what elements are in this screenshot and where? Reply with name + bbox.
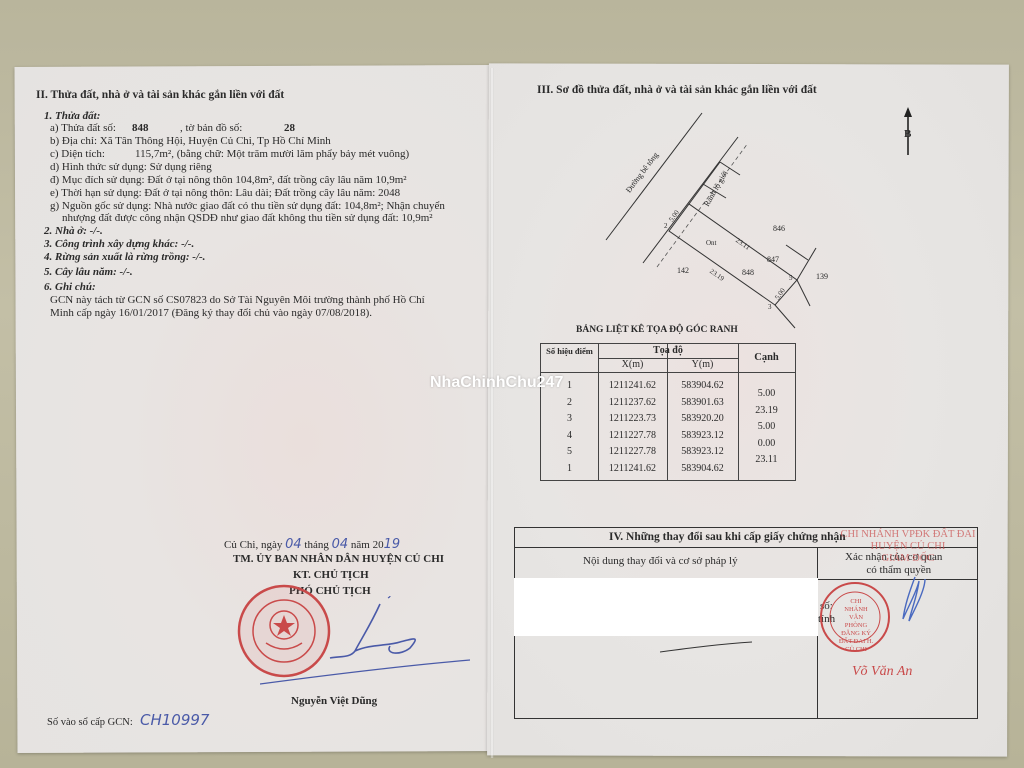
header-x: X(m) — [598, 359, 667, 370]
item-5-perennial-trees: 5. Cây lâu năm: -/-. — [44, 266, 133, 279]
row-y: 583904.62 — [667, 380, 738, 391]
pen-line-icon — [660, 640, 760, 654]
signer-name: Nguyễn Việt Dũng — [291, 695, 377, 708]
row-y: 583923.12 — [667, 430, 738, 441]
signing-month: 04 — [332, 537, 349, 552]
usage-purpose: đ) Mục đích sử dụng: Đất ở tại nông thôn… — [50, 174, 407, 187]
row-edge: 23.11 — [738, 454, 795, 465]
red-stamp-header: CHI NHÁNH VPĐK ĐẤT ĐAI HUYỆN CỦ CHI GIÁM… — [838, 529, 978, 565]
row-x: 1211237.62 — [598, 397, 667, 408]
area-label: c) Diện tích: — [50, 148, 105, 161]
parcel-846: 846 — [773, 224, 785, 233]
month-label: tháng — [304, 539, 328, 551]
signature-scribble-icon — [260, 596, 470, 686]
header-y: Y(m) — [667, 359, 738, 370]
branch-seal-text: CHI NHÁNH VĂN PHÒNG ĐĂNG KÝ ĐẤT ĐAI H. C… — [838, 598, 874, 654]
point-3: 3 — [768, 303, 772, 311]
registry-number: CH10997 — [140, 711, 209, 729]
stamp-header-text: CHI NHÁNH VPĐK ĐẤT ĐAI HUYỆN CỦ CHI — [838, 529, 978, 553]
usage-origin-2: nhượng đất được công nhận QSDĐ như giao … — [62, 212, 433, 225]
row-point: 2 — [541, 397, 598, 408]
row-point: 4 — [541, 430, 598, 441]
coordinate-table: Số hiệu điểm Tọa độ X(m) Y(m) Cạnh 11211… — [540, 343, 796, 481]
signer-kt: KT. CHỦ TỊCH — [293, 569, 369, 582]
header-coord: Tọa độ — [598, 345, 738, 356]
row-point: 5 — [541, 446, 598, 457]
row-x: 1211227.78 — [598, 430, 667, 441]
redacted-area — [514, 578, 818, 636]
row-edge: 5.00 — [738, 421, 795, 432]
item-4-forest: 4. Rừng sản xuất là rừng trồng: -/-. — [44, 251, 205, 264]
point-5: 5 — [789, 274, 793, 282]
parcel-number: 848 — [132, 122, 149, 135]
authority-signature-icon — [895, 575, 935, 625]
section-2-title: II. Thửa đất, nhà ở và tài sản khác gắn … — [36, 89, 284, 101]
header-edge: Cạnh — [738, 352, 795, 363]
item-3-other-construction: 3. Công trình xây dựng khác: -/-. — [44, 238, 194, 251]
row-point: 3 — [541, 413, 598, 424]
parcel-diagram — [600, 100, 840, 330]
row-point: 1 — [541, 463, 598, 474]
row-y: 583901.63 — [667, 397, 738, 408]
item-2-house: 2. Nhà ở: -/-. — [44, 225, 103, 238]
row-x: 1211223.73 — [598, 413, 667, 424]
address: b) Địa chỉ: Xã Tân Thông Hội, Huyện Củ C… — [50, 135, 331, 148]
registry-label: Số vào sổ cấp GCN: — [47, 716, 133, 729]
coord-table-title: BẢNG LIỆT KÊ TỌA ĐỘ GÓC RANH — [576, 325, 738, 335]
parcel-847: 847 — [767, 255, 779, 264]
row-y: 583923.12 — [667, 446, 738, 457]
parcel-number-label: a) Thửa đất số: — [50, 122, 116, 135]
row-y: 583904.62 — [667, 463, 738, 474]
map-sheet-label: , tờ bản đồ số: — [180, 122, 242, 135]
header-point: Số hiệu điểm — [541, 346, 598, 357]
row-x: 1211241.62 — [598, 463, 667, 474]
land-use-label: Ont — [706, 239, 717, 247]
point-2: 2 — [664, 222, 668, 230]
row-edge: 0.00 — [738, 438, 795, 449]
parcel-139: 139 — [816, 272, 828, 281]
section-4-title: IV. Những thay đổi sau khi cấp giấy chứn… — [609, 531, 846, 543]
note-line-1: GCN này tách từ GCN số CS07823 do Sở Tài… — [50, 294, 425, 307]
row-x: 1211227.78 — [598, 446, 667, 457]
watermark: NhaChinhChu247 — [430, 374, 563, 392]
row-edge: 5.00 — [738, 388, 795, 399]
authority-signer-name: Võ Văn An — [852, 664, 912, 680]
date-prefix: Củ Chi, ngày — [224, 539, 282, 551]
area-value: 115,7m², (bằng chữ: Một trăm mười lăm ph… — [135, 148, 409, 161]
row-edge: 23.19 — [738, 405, 795, 416]
signing-year: 19 — [384, 537, 401, 552]
year-label: năm 20 — [351, 539, 384, 551]
usage-term: e) Thời hạn sử dụng: Đất ở tại nông thôn… — [50, 187, 400, 200]
section-3-title: III. Sơ đồ thửa đất, nhà ở và tài sản kh… — [537, 84, 817, 96]
north-label: B — [904, 128, 911, 140]
signing-place-date: Củ Chi, ngày 04 tháng 04 năm 2019 — [224, 538, 400, 552]
page-fold — [490, 68, 494, 758]
usage-form: d) Hình thức sử dụng: Sử dụng riêng — [50, 161, 212, 174]
col-change-content: Nội dung thay đổi và cơ sở pháp lý — [583, 555, 738, 568]
issuing-org: TM. ỦY BAN NHÂN DÂN HUYỆN CỦ CHI — [233, 553, 444, 566]
row-y: 583920.20 — [667, 413, 738, 424]
row-x: 1211241.62 — [598, 380, 667, 391]
item-6-notes-title: 6. Ghi chú: — [44, 281, 96, 294]
signing-day: 04 — [285, 537, 302, 552]
stamp-sub-text: GIÁM ĐỐC — [838, 553, 978, 565]
parcel-142: 142 — [677, 266, 689, 275]
parcel-848: 848 — [742, 268, 754, 277]
note-line-2: Minh cấp ngày 16/01/2017 (Đăng ký thay đ… — [50, 307, 372, 320]
map-sheet-number: 28 — [284, 122, 295, 135]
